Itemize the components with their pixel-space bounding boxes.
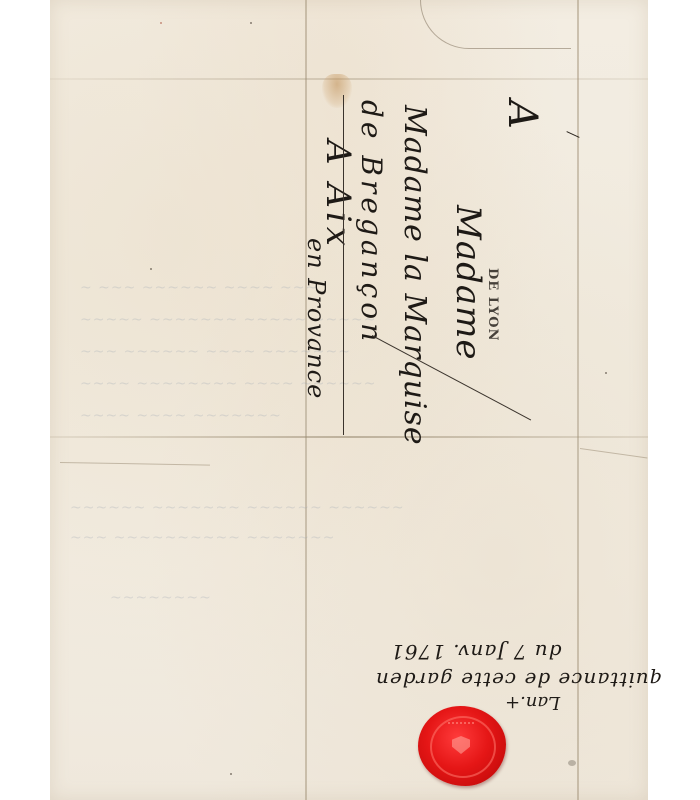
show-through-text: ~~~~~~ ~~~~~~~ ~~~~~~ ~~~~~~ (70, 500, 405, 516)
foxing-stain (322, 74, 352, 108)
show-through-text: ~~~~~ ~~~~~~~ ~~~~~ ~~~~~ (80, 312, 376, 328)
show-through-text: ~~~~ ~~~~ ~~~~~~~ (80, 408, 282, 424)
show-through-text: ~~~ ~~~~~~~~~~ ~~~~~~~ (70, 530, 336, 546)
postmark-stamp: DE LYON (485, 268, 500, 342)
paper-tear (420, 0, 571, 49)
show-through-text: ~~~~~~~~ (110, 590, 212, 606)
address-line-madame: Madame (448, 205, 488, 360)
address-line-bregancon: de Bregançon (355, 100, 388, 345)
docket-mark: Lan.+ (505, 692, 560, 713)
address-underline (343, 95, 344, 435)
show-through-text: ~ ~~~ ~~~~~~ ~~~~ ~~~ (80, 280, 318, 296)
horizontal-fold (50, 436, 648, 438)
docket-date: du 7 Janv. 1761 (390, 640, 561, 664)
wax-seal (418, 706, 506, 786)
show-through-text: ~~~~ ~~~~~~~~ ~~~~ ~~~~~~ (80, 376, 376, 392)
docket-note: quittance de cette garden (375, 668, 662, 692)
vertical-fold-left (305, 0, 307, 800)
seal-crown-icon (448, 722, 474, 732)
address-line-a: A (499, 100, 545, 135)
address-line-aix: A Aix (318, 140, 358, 250)
paper-speck (568, 760, 576, 766)
paper-speck (605, 372, 607, 374)
paper-speck (150, 268, 152, 270)
paper-speck (160, 22, 162, 24)
paper-speck (250, 22, 252, 24)
paper-speck (230, 773, 232, 775)
address-line-provance: en Provance (302, 238, 330, 399)
address-line-marquise: Madame la Marquise (397, 105, 432, 446)
